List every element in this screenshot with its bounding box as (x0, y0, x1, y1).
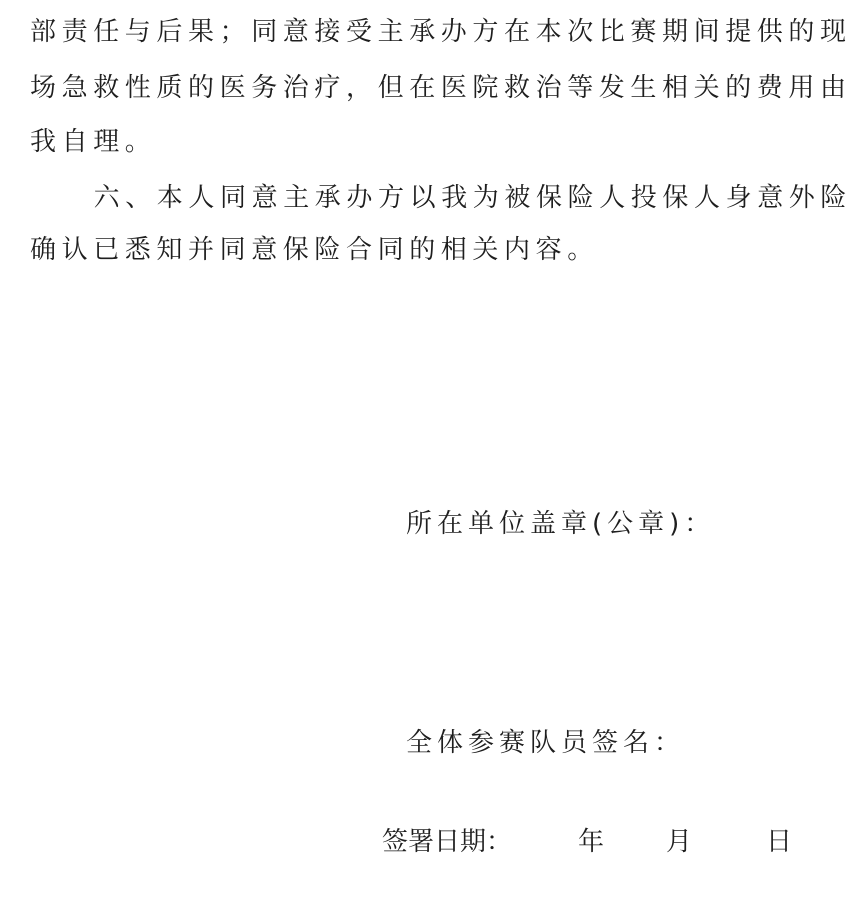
paragraph-2-line-1: 六、本人同意主承办方以我为被保险人投保人身意外险， (62, 182, 851, 214)
paragraph-1-line-1: 部责任与后果；同意接受主承办方在本次比赛期间提供的现 (30, 16, 830, 48)
unit-seal-label: 所在单位盖章(公章)： (406, 508, 715, 540)
signing-date-row: 签署日期： 年 月 日 (382, 826, 802, 858)
date-year-label: 年 (578, 826, 604, 858)
paragraph-2-line-2: 确认已悉知并同意保险合同的相关内容。 (30, 234, 830, 266)
paragraph-1-line-2: 场急救性质的医务治疗，但在医院救治等发生相关的费用由 (30, 72, 830, 104)
date-month-label: 月 (666, 826, 692, 858)
signing-date-label: 签署日期： (382, 826, 512, 858)
team-signature-label: 全体参赛队员签名： (406, 727, 685, 759)
paragraph-1-line-3: 我自理。 (30, 126, 830, 158)
date-day-label: 日 (766, 826, 792, 858)
